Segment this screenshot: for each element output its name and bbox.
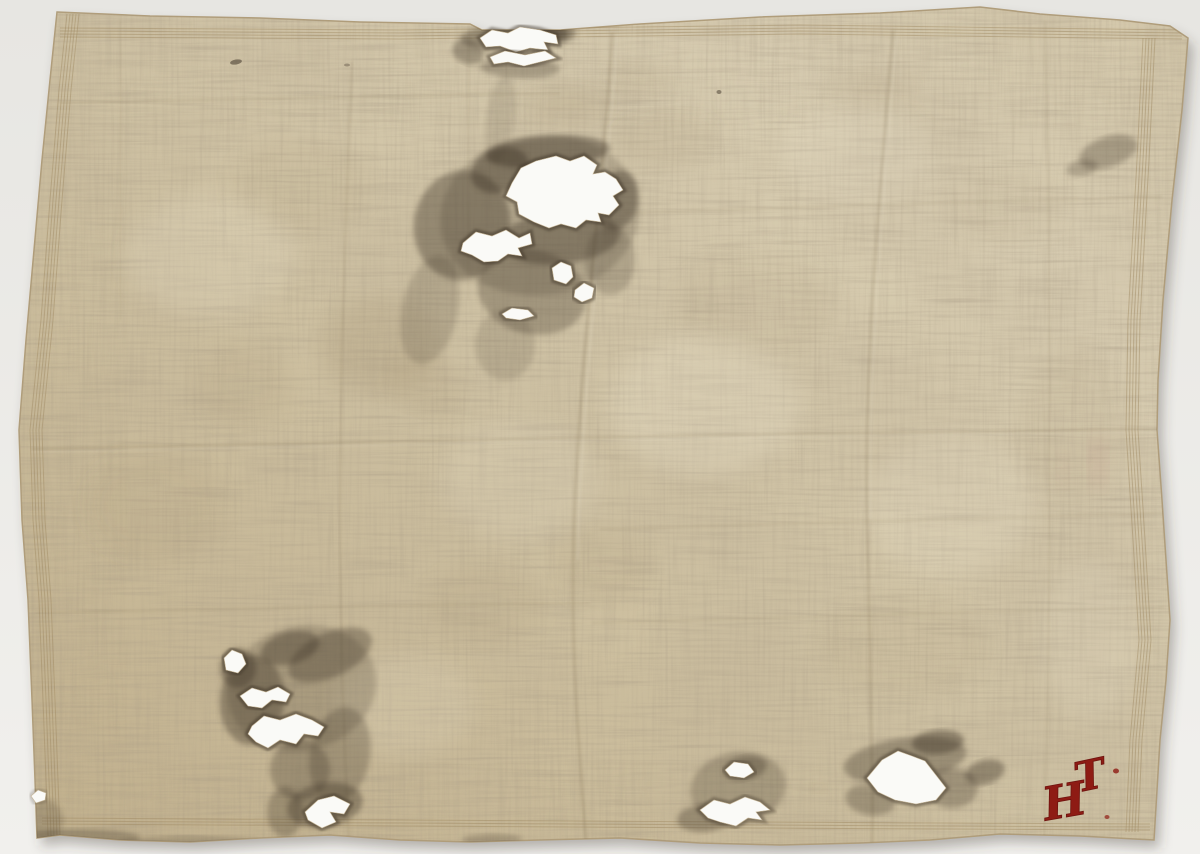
dark-fleck: [717, 90, 722, 94]
artifact-photo: H T: [0, 0, 1200, 854]
stain: [520, 83, 610, 127]
stain: [865, 435, 1035, 575]
linen-texture: [0, 0, 1200, 854]
dark-fleck: [344, 64, 350, 67]
stain: [125, 195, 295, 315]
crease-line: [120, 20, 121, 320]
stain: [810, 783, 826, 793]
stain: [1088, 434, 1108, 490]
stain: [195, 343, 295, 427]
stain: [820, 595, 990, 695]
red-thread-fleck: [1105, 815, 1110, 819]
red-thread-fleck: [1113, 769, 1119, 774]
stain: [1057, 452, 1069, 488]
stain: [555, 527, 655, 603]
stain: [610, 335, 800, 475]
stain: [1040, 560, 1140, 720]
photo-stage: H T: [0, 0, 1200, 854]
stain: [1020, 350, 1130, 500]
scorch-mark: [267, 787, 303, 837]
stain: [780, 105, 930, 205]
stain: [85, 450, 225, 560]
stain: [825, 70, 915, 110]
